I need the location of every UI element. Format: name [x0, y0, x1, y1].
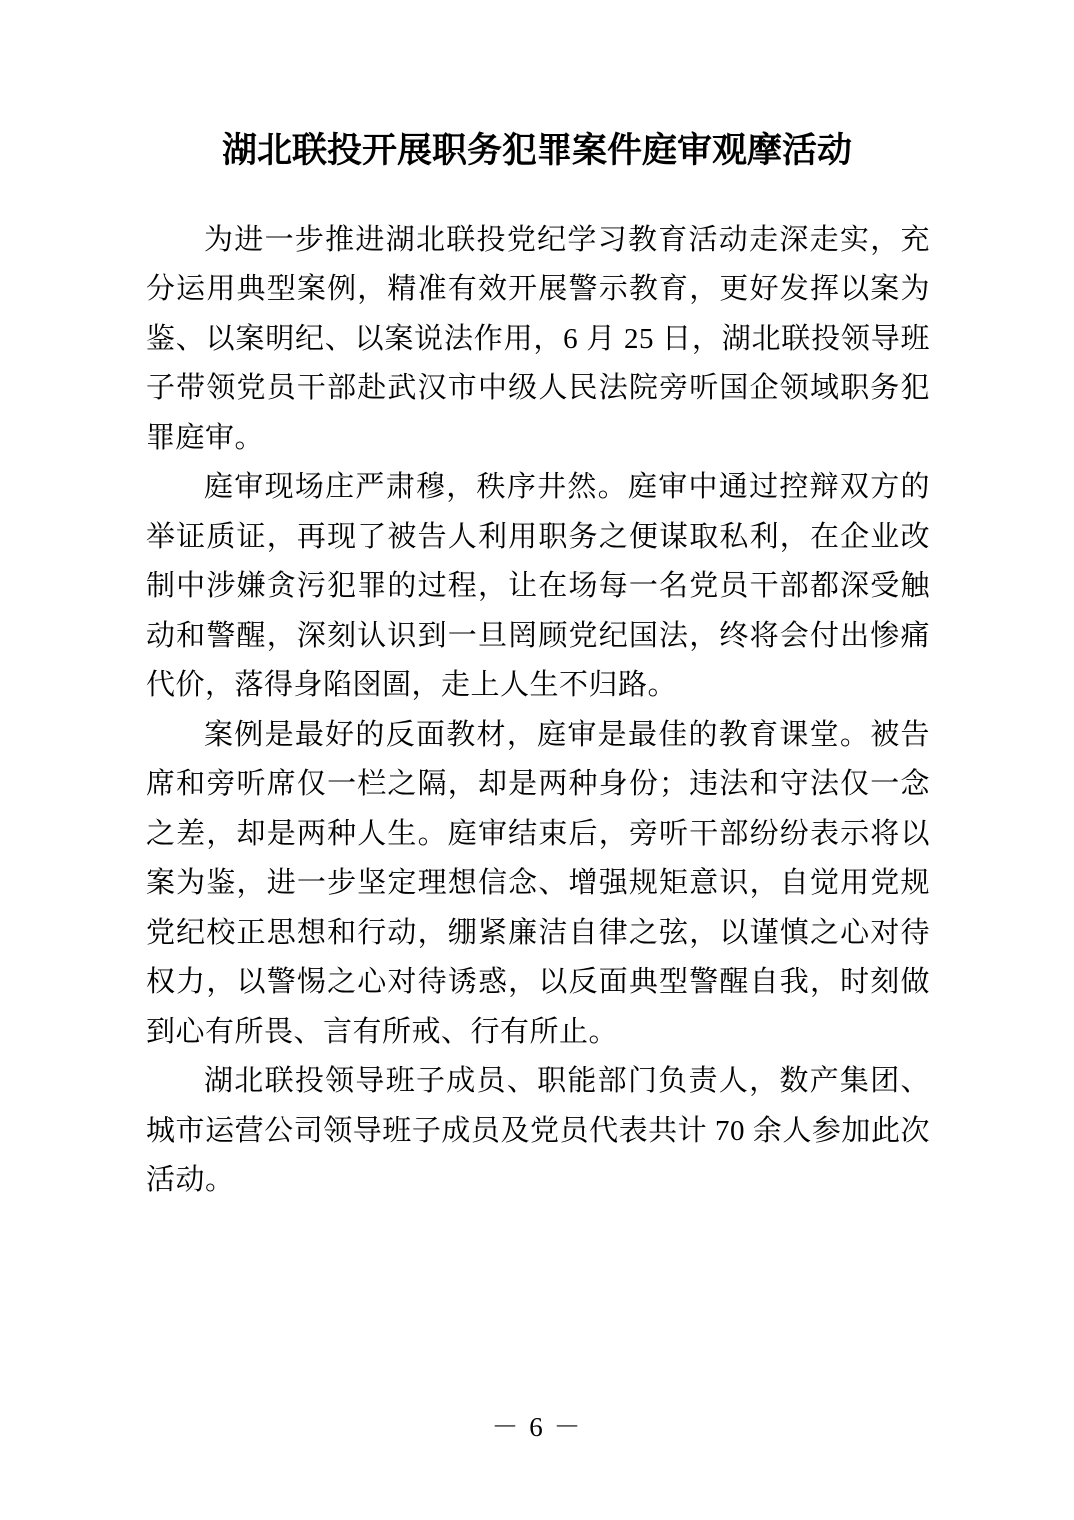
document-body: 为进一步推进湖北联投党纪学习教育活动走深走实，充分运用典型案例，精准有效开展警示…: [146, 216, 930, 1206]
document-title: 湖北联投开展职务犯罪案件庭审观摩活动: [120, 128, 954, 174]
paragraph: 湖北联投领导班子成员、职能部门负责人，数产集团、城市运营公司领导班子成员及党员代…: [146, 1057, 930, 1206]
document-page: 湖北联投开展职务犯罪案件庭审观摩活动 为进一步推进湖北联投党纪学习教育活动走深走…: [0, 0, 1074, 1520]
paragraph: 案例是最好的反面教材，庭审是最佳的教育课堂。被告席和旁听席仅一栏之隔，却是两种身…: [146, 711, 930, 1058]
page-number: － 6 －: [0, 1405, 1074, 1444]
paragraph: 为进一步推进湖北联投党纪学习教育活动走深走实，充分运用典型案例，精准有效开展警示…: [146, 216, 930, 464]
paragraph: 庭审现场庄严肃穆，秩序井然。庭审中通过控辩双方的举证质证，再现了被告人利用职务之…: [146, 463, 930, 711]
